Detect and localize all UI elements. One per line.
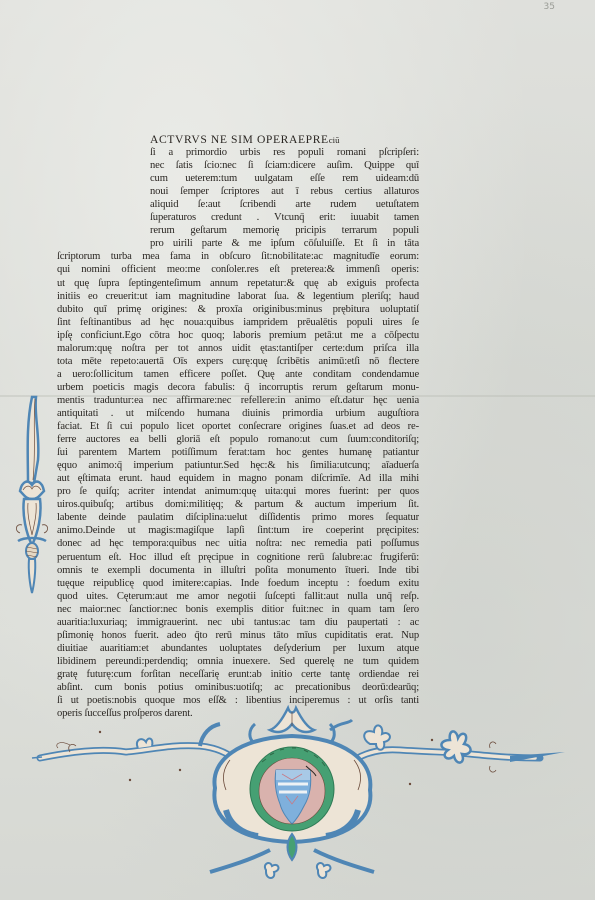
text-line: auaritia:luxuriaq; immigrauerint. nec ub…: [57, 616, 419, 629]
text-line: ut quę ſupra ſeptingenteſimum annum repe…: [57, 277, 419, 290]
text-line: qui nomini officient meo:me conſoler.res…: [57, 263, 419, 276]
margin-ornament-icon: [6, 395, 56, 595]
text-line: a uero:ſollicitum tamen efficere poſſet.…: [57, 368, 419, 381]
text-line: antiquitati . ut miſcendo humana diuinis…: [57, 407, 419, 420]
manuscript-page: 35 ACTVRVS NE SIM OPERAEPREciū ſi a prim…: [0, 0, 595, 900]
text-line: cum ueterem:tum uulgatam eſſe rem uideam…: [57, 172, 419, 185]
text-line: mentis traduntur:ea nec affirmare:nec re…: [57, 394, 419, 407]
text-line: noui ſemper ſcriptores aut ī rebus certi…: [57, 185, 419, 198]
text-line: diuitiae auaritiam:et abundantes uolupta…: [57, 642, 419, 655]
text-line: donec ad hęc tempora:quibus nec uitia no…: [57, 537, 419, 550]
text-line: labente deinde paulatim diſciplina:uelut…: [57, 511, 419, 524]
incipit-line: ACTVRVS NE SIM OPERAEPREciū: [57, 133, 419, 146]
text-line: ſui parentem Martem potiſſimum ferat:tam…: [57, 446, 419, 459]
text-block: ACTVRVS NE SIM OPERAEPREciū ſi a primord…: [57, 133, 419, 720]
folio-number: 35: [544, 2, 555, 12]
text-line: tota mēte repeto:auertā Oīs expers curę:…: [57, 355, 419, 368]
text-line: faciat. Et ſi cui populo licet oportet c…: [57, 420, 419, 433]
text-line: gratę futurę:cum forſitan neceſſarię eru…: [57, 668, 419, 681]
text-line: abſint. cum bonis potius ominibus:uotiſq…: [57, 681, 419, 694]
text-line: initiis eo creuerit:ut iam magnitudine l…: [57, 290, 419, 303]
text-line: rerum geſtarum memorię pricipis terrarum…: [57, 224, 419, 237]
text-line: dubito quī primę origines: & proxīa orig…: [57, 303, 419, 316]
text-line: urbem poeticis magis decora fabulis: q̄ …: [57, 381, 419, 394]
text-line: quod uites. Cęterum:aut me amor negotii …: [57, 590, 419, 603]
text-line: ferre auctores ea belli gloriā eſt popul…: [57, 433, 419, 446]
text-line: ſint feſtinantibus ad hęc noua:quibus ia…: [57, 316, 419, 329]
text-line: pſimonię honos fuerit. adeo q̄to rerū mi…: [57, 629, 419, 642]
bottom-ornament-icon: [30, 700, 570, 900]
text-line: pro ſe quiſq; acriter intendat animum:qu…: [57, 485, 419, 498]
text-line: nec ſatis ſcio:nec ſi ſciam:dicere auſim…: [57, 159, 419, 172]
text-line: aliquid ſe:aut ſcribendi arte rudem uetu…: [57, 198, 419, 211]
text-line: malorum:quę noſtra per tot annos uidit ę…: [57, 342, 419, 355]
text-line: aut ęſtimata erunt. haud equidem in magn…: [57, 472, 419, 485]
text-line: ipſę conficiunt.Ego cōtra hoc quoq; labo…: [57, 329, 419, 342]
text-line: nec maior:nec ſanctior:nec bonis exempli…: [57, 603, 419, 616]
text-line: ſcriptorum turba mea fama in obſcuro ſit…: [57, 250, 419, 263]
text-line: omnis te exempli documenta in illuſtri p…: [57, 564, 419, 577]
text-line: pro uirili parte & me ipſum cōſuluiſſe. …: [57, 237, 419, 250]
text-line: tuęque reipublicę quod imitere:capias. I…: [57, 577, 419, 590]
text-line: animo.Deinde ut magis:magiſque lapſi ſin…: [57, 524, 419, 537]
text-line: uiros.quibuſq; artibus domi:militięq; & …: [57, 498, 419, 511]
incipit-heading: ACTVRVS NE SIM OPERAEPRE: [150, 133, 329, 146]
text-line: ſuperaturos credunt . Vtcunq̄ erit: iuua…: [57, 211, 419, 224]
text-line: peruentum eſt. Hoc illud eſt pręcipue in…: [57, 551, 419, 564]
incipit-tail: ciū: [329, 135, 340, 145]
text-line: libidinem pereundi:perdendiq; omnia inue…: [57, 655, 419, 668]
text-line: ęquo animo:q̄ imperium patiuntur.Sed hęc…: [57, 459, 419, 472]
text-line: ſi a primordio urbis res populi romani p…: [57, 146, 419, 159]
